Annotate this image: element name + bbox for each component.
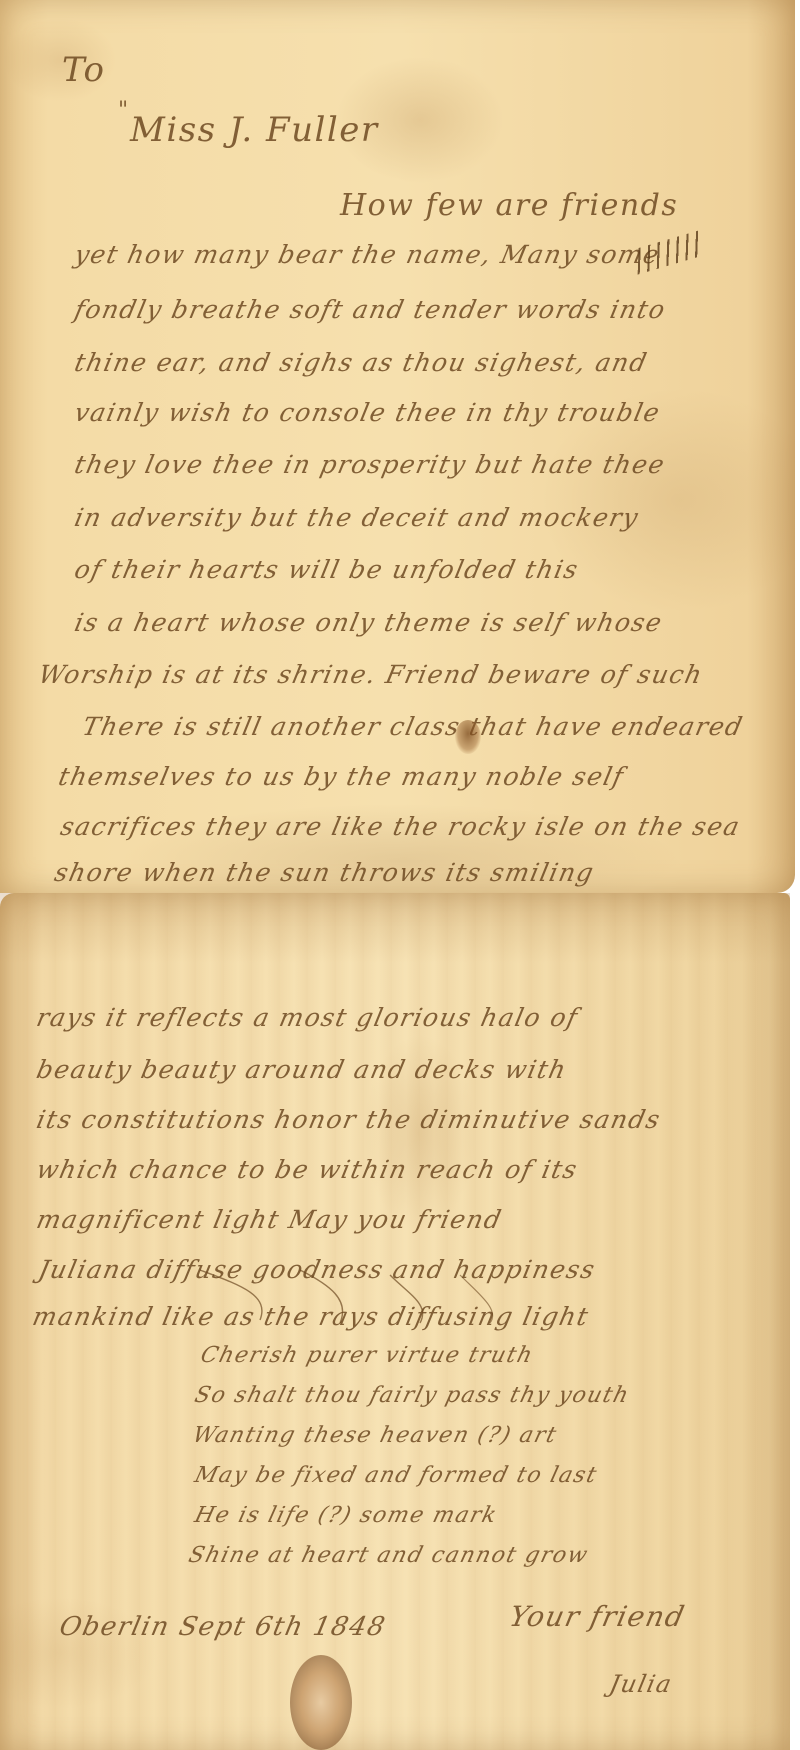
verse-line: Cherish purer virtue truth bbox=[198, 1343, 536, 1368]
verse-line: Shine at heart and cannot grow bbox=[186, 1543, 591, 1568]
body-line: which chance to be within reach of its bbox=[34, 1155, 581, 1184]
body-line: its constitutions honor the diminutive s… bbox=[34, 1105, 664, 1134]
verse-line: He is life (?) some mark bbox=[192, 1503, 500, 1528]
body-line: thine ear, and sighs as thou sighest, an… bbox=[72, 348, 651, 377]
body-line: beauty beauty around and decks with bbox=[34, 1055, 570, 1084]
closing: Your friend bbox=[506, 1600, 688, 1633]
body-line: fondly breathe soft and tender words int… bbox=[72, 295, 669, 324]
body-line: Worship is at its shrine. Friend beware … bbox=[36, 660, 706, 689]
verse-line: So shalt thou fairly pass thy youth bbox=[192, 1383, 632, 1408]
letter-page-1: To " Miss J. Fuller How few are friends … bbox=[0, 0, 795, 893]
body-line: in adversity but the deceit and mockery bbox=[72, 503, 642, 532]
body-line: yet how many bear the name, Many some bbox=[72, 240, 663, 269]
pen-flourish bbox=[200, 1265, 580, 1325]
body-line: themselves to us by the many noble self bbox=[56, 762, 627, 791]
signature: Julia bbox=[607, 1670, 675, 1698]
wax-seal-stain bbox=[290, 1655, 352, 1750]
body-line: sacrifices they are like the rocky isle … bbox=[58, 812, 743, 841]
body-line: rays it reflects a most glorious halo of bbox=[34, 1003, 581, 1032]
ink-stain bbox=[455, 720, 481, 754]
water-stain bbox=[0, 893, 790, 963]
salutation-to: To bbox=[62, 50, 106, 90]
recipient-name: Miss J. Fuller bbox=[130, 110, 379, 150]
body-line: There is still another class that have e… bbox=[80, 712, 746, 741]
body-line: magnificent light May you friend bbox=[34, 1205, 505, 1234]
body-line: shore when the sun throws its smiling bbox=[52, 858, 597, 887]
salutation-quote-mark: " bbox=[118, 98, 130, 123]
opening-line: How few are friends bbox=[340, 188, 678, 223]
body-line: they love thee in prosperity but hate th… bbox=[72, 450, 668, 479]
body-line: of their hearts will be unfolded this bbox=[72, 555, 582, 584]
verse-line: Wanting these heaven (?) art bbox=[190, 1423, 560, 1448]
body-line: vainly wish to console thee in thy troub… bbox=[72, 398, 663, 427]
crossed-out-word bbox=[638, 229, 703, 274]
letter-date: Oberlin Sept 6th 1848 bbox=[57, 1612, 389, 1642]
body-line: is a heart whose only theme is self whos… bbox=[72, 608, 666, 637]
verse-line: May be fixed and formed to last bbox=[192, 1463, 600, 1488]
